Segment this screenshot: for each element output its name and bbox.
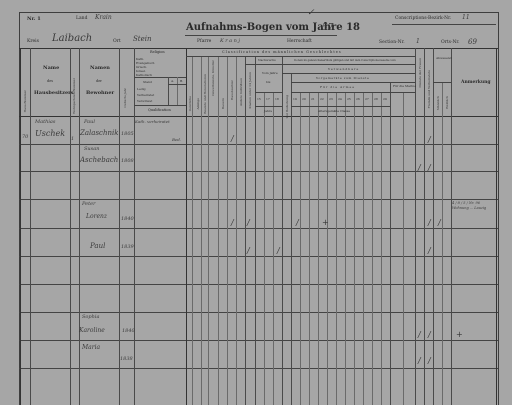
religion-row: Katholisch xyxy=(136,73,152,77)
tally-mark: / xyxy=(428,163,431,172)
orts-value: 69 xyxy=(468,38,477,46)
tally-mark: / xyxy=(428,330,431,339)
header-divider xyxy=(255,92,282,93)
ort-value: Stein xyxy=(133,35,152,43)
age-label: 18 xyxy=(275,97,279,101)
entry-jahr: 1808 xyxy=(121,158,134,164)
col-line xyxy=(381,92,382,405)
entry-haus-nr: 70 xyxy=(22,134,28,140)
col-line xyxy=(424,48,425,405)
partei-header: Wohnparteien-Nummer xyxy=(72,78,76,114)
tally-mark: / xyxy=(231,134,234,143)
entry-bewohner-last: Karoline xyxy=(79,327,105,334)
class-col-label: Hausbesitzer xyxy=(230,80,234,100)
col-line xyxy=(451,48,452,405)
col-a-label: A. xyxy=(171,79,174,83)
header-divider xyxy=(245,64,415,65)
col-line xyxy=(255,56,256,405)
cross-mark: + xyxy=(322,218,329,227)
age-label: 25 xyxy=(347,97,351,101)
col-line xyxy=(390,82,391,405)
age-label: 24 xyxy=(338,97,342,101)
class-col-label: Andere Individuen xyxy=(239,78,243,106)
age-label: 19 xyxy=(293,97,297,101)
col-line xyxy=(119,48,120,405)
militar-title: In dem im ganzen Kaiserthum gültigen und… xyxy=(294,59,396,62)
tally-mark: / xyxy=(428,246,431,255)
row-divider xyxy=(19,340,498,341)
col-line xyxy=(273,92,274,405)
col-line xyxy=(318,92,319,405)
bedeckung-label: Zur Bedeckung xyxy=(285,95,289,118)
age-label: 23 xyxy=(329,97,333,101)
col-line xyxy=(177,77,178,105)
tally-mark: / xyxy=(428,135,431,144)
header-divider xyxy=(433,82,451,83)
von-jahre-label: Vom Jahre xyxy=(262,71,278,75)
col-line xyxy=(442,82,443,405)
tally-mark: / xyxy=(428,218,431,227)
tally-mark: / xyxy=(247,218,250,227)
entry-jahr: 1839 xyxy=(121,244,134,250)
fremde-label: Fremde und Verheiratete xyxy=(427,70,431,108)
col-line xyxy=(192,56,193,405)
row-divider xyxy=(19,144,498,145)
class-col-label: Gewerbsleute, Künstler xyxy=(211,60,215,96)
class-col-label: Beamte und Honoratioren xyxy=(203,74,207,114)
col-line xyxy=(227,56,228,405)
col-line xyxy=(134,48,135,405)
jahre-label: Jahre xyxy=(264,109,272,113)
armee-label: Für die Armee xyxy=(320,85,355,89)
tally-mark: / xyxy=(418,356,421,365)
col-line xyxy=(30,48,31,405)
col-line xyxy=(20,48,21,405)
age-label: 26 xyxy=(356,97,360,101)
herrschaft-label: Herrschaft xyxy=(287,39,312,44)
conscriptions-label: Conscriptions-Bezirk-Nr. xyxy=(395,16,451,21)
col-line xyxy=(236,56,237,405)
col-line xyxy=(168,77,169,105)
col-line xyxy=(300,92,301,405)
entry-jahr: 1838 xyxy=(120,356,133,362)
pfarre-label: Pfarre xyxy=(197,39,211,44)
tally-mark: / xyxy=(296,218,299,227)
header-divider xyxy=(168,84,186,85)
besitzer-header-3: Hausbesitzers xyxy=(34,90,74,96)
entry-bewohner-last: Paul xyxy=(90,242,105,250)
bewohner-header-1: Namen xyxy=(90,65,110,71)
header-divider xyxy=(186,56,415,57)
col-line xyxy=(186,48,187,405)
classification-title: Classification des männlichen Geschlecht… xyxy=(222,50,342,54)
qualification-label: Qualification xyxy=(148,108,171,112)
stand-row: Ledig xyxy=(137,87,146,91)
row-divider xyxy=(19,171,498,172)
bewohner-header-2: der xyxy=(96,79,102,83)
header-divider xyxy=(291,92,415,93)
entry-jahr: 1840 xyxy=(122,328,135,334)
col-line xyxy=(218,56,219,405)
religion-title: Religion xyxy=(150,50,165,54)
besitzer-header-1: Name xyxy=(43,65,59,71)
kreis-value: Laibach xyxy=(52,33,92,44)
section-value: 1 xyxy=(416,38,420,45)
altersklasse-label: Altersgemäße Classe xyxy=(318,109,350,113)
entry-bewohner-first: Maria xyxy=(82,344,100,351)
col-line xyxy=(309,92,310,405)
tally-mark: / xyxy=(418,330,421,339)
pfarre-value: Kranj xyxy=(220,38,241,44)
age-label: 27 xyxy=(365,97,369,101)
section-label: Section-Nr. xyxy=(379,40,405,45)
entry-partei: 1 xyxy=(71,136,74,142)
geburtsjahr-header: Geburts-Jahr xyxy=(123,88,127,108)
col-line xyxy=(264,92,265,405)
form-title: Aufnahms-Bogen vom Jahre 18 xyxy=(186,22,360,33)
col-line xyxy=(354,92,355,405)
stand-row: Verheiratet xyxy=(137,93,154,97)
class-col-label: Knaben unter 14 Jahren xyxy=(248,72,252,109)
age-label: 20 xyxy=(302,97,306,101)
title-underline xyxy=(185,35,337,36)
col-line xyxy=(291,73,292,405)
remark-peter: 4 / 8 / 5 / Nr. 96 Wohnung ... Lauzig xyxy=(452,201,495,211)
age-label: 17 xyxy=(266,97,270,101)
row-divider xyxy=(19,368,498,369)
header-divider xyxy=(255,106,282,107)
age-label: 22 xyxy=(320,97,324,101)
col-line xyxy=(403,92,404,405)
col-line xyxy=(496,48,497,405)
tally-mark: / xyxy=(438,218,441,227)
entry-jahr: 1805 xyxy=(121,131,134,137)
class-col-label: Bauern xyxy=(221,98,225,109)
tally-mark: / xyxy=(231,218,234,227)
ort-label: Ort xyxy=(113,39,121,44)
col-line xyxy=(70,48,71,405)
tally-mark: / xyxy=(247,246,250,255)
col-line xyxy=(79,48,80,405)
entry-bewohner-first: Peter xyxy=(82,201,95,207)
age-label: 21 xyxy=(311,97,315,101)
row-divider xyxy=(19,284,498,285)
entry-religion: Kath. verheiratet xyxy=(135,119,185,124)
col-line xyxy=(327,92,328,405)
header-divider xyxy=(134,77,186,78)
row-divider xyxy=(19,256,498,257)
vorgemerkte-label: Vorgemerkte zum Dienste xyxy=(316,76,369,80)
row-divider xyxy=(19,199,498,200)
header-divider xyxy=(134,105,186,106)
col-line xyxy=(245,56,246,405)
cross-mark: + xyxy=(456,330,463,339)
bewohner-header-3: Bewohner xyxy=(86,90,114,96)
marine-label: Für die Marine xyxy=(393,84,416,88)
age-label: 28 xyxy=(374,97,378,101)
stand-row: Verwitwet xyxy=(137,99,152,103)
col-line xyxy=(372,92,373,405)
entry-besitzer-last: Uschek xyxy=(35,129,65,138)
entry-bewohner-first: Paul xyxy=(84,119,95,125)
table-top-border xyxy=(19,48,498,49)
header-divider xyxy=(291,106,390,107)
col-line xyxy=(363,92,364,405)
entry-bewohner-first: Susan xyxy=(84,146,99,152)
entry-bewohner-last: Lorenz xyxy=(86,213,107,220)
table-header-bottom xyxy=(19,116,498,117)
col-line xyxy=(336,92,337,405)
header-divider xyxy=(291,82,415,83)
title-year: 57 xyxy=(322,23,333,33)
col-line xyxy=(208,56,209,405)
maennlich-label: Männlich xyxy=(436,96,440,110)
nr-label: Nr. 1 xyxy=(27,16,41,22)
abwesend-label: Abwesend xyxy=(436,56,452,60)
nachwuchs-label: Nachwuchs xyxy=(258,58,276,62)
bis-label: bis xyxy=(266,80,270,84)
stand-title: Stand xyxy=(143,80,152,84)
entry-notes: Bed. xyxy=(172,137,181,142)
row-divider xyxy=(19,228,498,229)
entry-jahr: 1840 xyxy=(121,216,134,222)
entry-bewohner-last: Zalaschnik xyxy=(80,129,118,137)
col-line xyxy=(201,56,202,405)
weiblich-label: Weiblich xyxy=(445,96,449,109)
land-label: Land xyxy=(76,16,87,21)
check-mark-icon: ✓ xyxy=(307,8,315,18)
age-label: 29 xyxy=(383,97,387,101)
col-line xyxy=(282,56,283,405)
col-b-label: B. xyxy=(180,79,183,83)
col-line xyxy=(345,92,346,405)
kreis-label: Kreis xyxy=(27,39,39,44)
row-divider xyxy=(19,312,498,313)
besitzer-header-2: des xyxy=(47,79,53,83)
age-label: 15 xyxy=(257,97,261,101)
class-col-label: Geistliche xyxy=(188,96,192,111)
verwendbare-label: Verwendbare xyxy=(328,67,359,71)
census-sheet: Nr. 1 Land Krain Aufnahms-Bogen vom Jahr… xyxy=(0,0,512,405)
header-divider xyxy=(282,73,415,74)
tally-mark: / xyxy=(277,246,280,255)
class-col-label: Adelige xyxy=(196,98,200,109)
entry-bewohner-last: Aschebach xyxy=(80,156,118,164)
land-value: Krain xyxy=(95,14,112,21)
entry-bewohner-first: Sophia xyxy=(82,314,99,320)
col-line xyxy=(433,48,434,405)
orts-label: Orts-Nr. xyxy=(441,40,460,45)
tally-mark: / xyxy=(418,163,421,172)
frauen-label: Dienste der Frauen xyxy=(418,58,422,88)
haus-nr-header: Haus-Nummer xyxy=(23,90,27,112)
anmerkung-header: Anmerkung xyxy=(461,80,491,85)
col-line xyxy=(415,48,416,405)
entry-besitzer-first: Mathias xyxy=(35,119,55,125)
tally-mark: / xyxy=(428,356,431,365)
conscriptions-value: 11 xyxy=(462,14,470,21)
conscriptions-underline xyxy=(392,24,496,25)
